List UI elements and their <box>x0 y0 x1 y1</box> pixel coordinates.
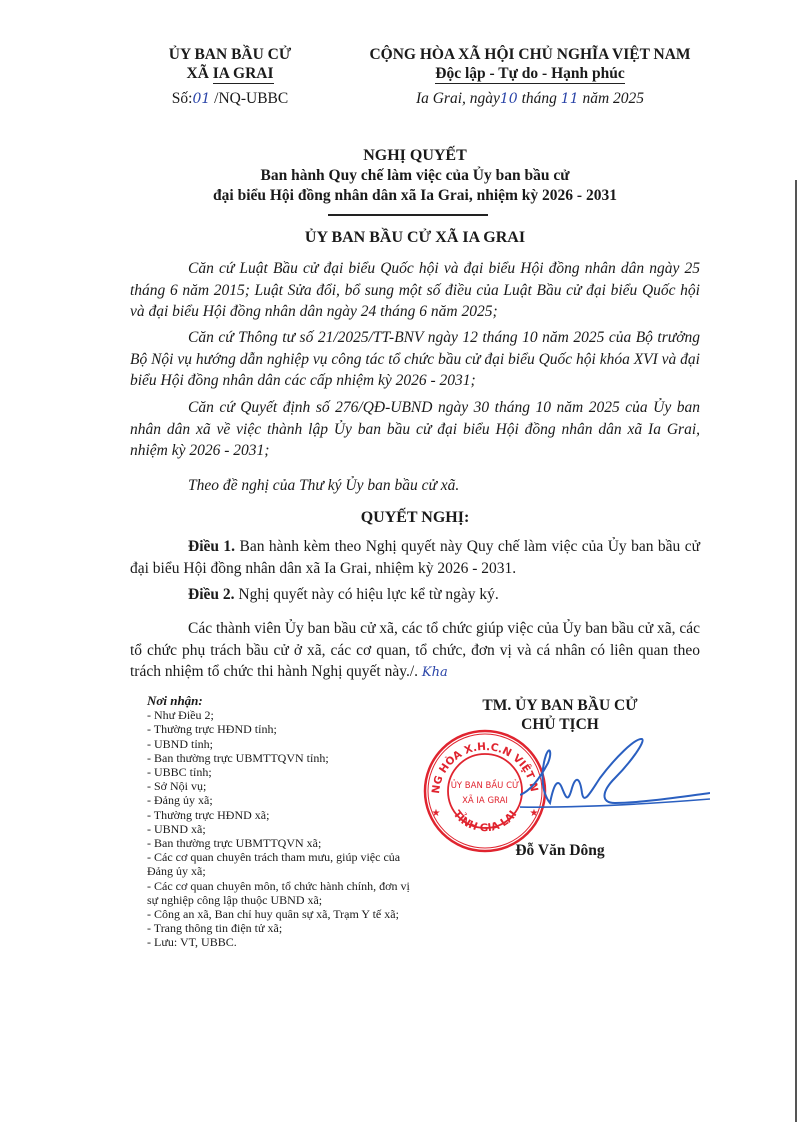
number-prefix: Số: <box>172 90 193 107</box>
recipient-item: - Trang thông tin điện tử xã; <box>147 921 412 935</box>
recipient-item: - Đảng ủy xã; <box>147 793 412 807</box>
recipients-list: Nơi nhận: - Như Điều 2;- Thường trực HĐN… <box>147 694 412 950</box>
document-number: Số:01 /NQ-UBBC <box>130 90 330 108</box>
scan-edge-line <box>795 180 797 1122</box>
recipient-item: - Như Điều 2; <box>147 708 412 722</box>
implementation-text: Các thành viên Ủy ban bầu cử xã, các tổ … <box>130 620 700 680</box>
subject-line2: đại biểu Hội đồng nhân dân xã Ia Grai, n… <box>130 187 700 205</box>
preamble-paragraph: Căn cứ Luật Bầu cử đại biểu Quốc hội và … <box>130 258 700 323</box>
signer-name: Đỗ Văn Dông <box>440 842 680 860</box>
motto-text: Độc lập - Tự do - Hạnh phúc <box>435 65 624 84</box>
recipient-item: - Thường trực HĐND xã; <box>147 808 412 822</box>
recipient-item: - Sở Nội vụ; <box>147 779 412 793</box>
issuer-heading: ỦY BAN BẦU CỬ XÃ IA GRAI <box>130 229 700 247</box>
recipient-item: - Thường trực HĐND tỉnh; <box>147 722 412 736</box>
handwritten-number: 01 <box>192 91 210 107</box>
preamble-paragraph: Căn cứ Quyết định số 276/QĐ-UBND ngày 30… <box>130 397 700 462</box>
svg-text:★: ★ <box>432 808 441 819</box>
recipient-item: - UBND tỉnh; <box>147 737 412 751</box>
month-label: tháng <box>518 90 561 107</box>
org-name-underlined: IA GRAI <box>213 65 274 84</box>
issuing-org-line2: XÃ IA GRAI <box>130 65 330 83</box>
svg-text:ỦY BAN BẦU CỬ: ỦY BAN BẦU CỬ <box>451 778 520 791</box>
article-2: Điều 2. Nghị quyết này có hiệu lực kể từ… <box>130 584 700 606</box>
preamble-paragraph: Căn cứ Thông tư số 21/2025/TT-BNV ngày 1… <box>130 327 700 392</box>
document-type: NGHỊ QUYẾT <box>130 147 700 165</box>
subject-line1: Ban hành Quy chế làm việc của Ủy ban bầu… <box>130 167 700 185</box>
date-place: Ia Grai, ngày <box>416 90 500 107</box>
national-title: CỘNG HÒA XÃ HỘI CHỦ NGHĨA VIỆT NAM <box>340 46 720 64</box>
article-2-text: Nghị quyết này có hiệu lực kể từ ngày ký… <box>235 586 499 603</box>
national-motto: Độc lập - Tự do - Hạnh phúc <box>340 65 720 83</box>
recipient-item: - UBND xã; <box>147 822 412 836</box>
recipient-item: - Công an xã, Ban chỉ huy quân sự xã, Tr… <box>147 907 412 921</box>
implementation-paragraph: Các thành viên Ủy ban bầu cử xã, các tổ … <box>130 618 700 684</box>
recipient-item: - Ban thường trực UBMTTQVN xã; <box>147 836 412 850</box>
recipient-item: - Ban thường trực UBMTTQVN tỉnh; <box>147 751 412 765</box>
handwritten-signature-icon <box>520 733 710 823</box>
signature-on-behalf: TM. ỦY BAN BẦU CỬ <box>440 697 680 715</box>
org-prefix: XÃ <box>187 65 213 82</box>
handwritten-day: 10 <box>500 91 518 107</box>
handwritten-initial: Kha <box>422 665 448 680</box>
date-year: năm 2025 <box>579 90 644 107</box>
article-1-label: Điều 1. <box>188 538 235 555</box>
article-1: Điều 1. Ban hành kèm theo Nghị quyết này… <box>130 536 700 579</box>
place-date: Ia Grai, ngày10 tháng 11 năm 2025 <box>340 90 720 108</box>
svg-text:TỈNH GIA LAI: TỈNH GIA LAI <box>451 808 520 834</box>
recipient-item: - Các cơ quan chuyên trách tham mưu, giú… <box>147 850 412 878</box>
issuing-org-line1: ỦY BAN BẦU CỬ <box>130 46 330 64</box>
recipient-item: - Lưu: VT, UBBC. <box>147 935 412 949</box>
recipient-item: - UBBC tỉnh; <box>147 765 412 779</box>
number-suffix: /NQ-UBBC <box>210 90 288 107</box>
decision-heading: QUYẾT NGHỊ: <box>130 509 700 527</box>
preamble-paragraph: Theo đề nghị của Thư ký Ủy ban bầu cử xã… <box>130 475 700 497</box>
title-rule <box>328 214 488 216</box>
svg-text:XÃ IA GRAI: XÃ IA GRAI <box>462 795 508 806</box>
recipient-item: - Các cơ quan chuyên môn, tổ chức hành c… <box>147 879 412 907</box>
recipients-title: Nơi nhận: <box>147 694 412 708</box>
article-2-label: Điều 2. <box>188 586 235 603</box>
handwritten-month: 11 <box>561 91 579 107</box>
